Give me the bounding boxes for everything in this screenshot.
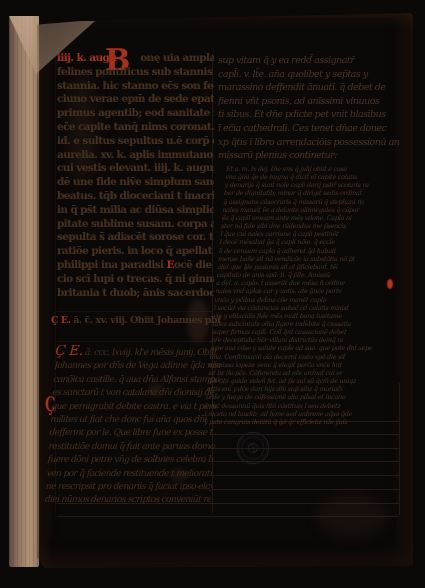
manuscript-text-line: ratiōe pieris. in loco q̄ apellat̄ serra — [57, 245, 214, 259]
rubric-text: iiij. k̄. augū — [57, 52, 116, 64]
right-margin-rule — [399, 383, 400, 515]
book-gutter-edge — [9, 16, 39, 567]
manuscript-text-line: primus agentib; eod̄ sanitate ite — [57, 107, 214, 121]
manuscript-text-line: felines pontificus sub stannis filio s — [57, 66, 214, 80]
manuscript-text-line: es sanctorū t von catalana dn̄i dionisij… — [52, 387, 219, 400]
manuscript-text-line: marassino deffendit ānuatī. q̄ debet de — [218, 81, 400, 95]
manuscript-text-line: ī nec̄ dessannū q̄uis n̄tō cōstit̄uis ī … — [205, 402, 394, 410]
right-column-top-text: sup vitam q̄ y ea redd̄ assignatr̄capl̄i… — [218, 54, 400, 163]
ruled-line — [57, 311, 212, 312]
manuscript-text-line: Et a. m. lx dej. Die vns q̄ julij obiit … — [226, 165, 415, 173]
manuscript-text-line: nr̄e deceptisbz hōr villani districtūs d… — [211, 336, 400, 344]
manuscript-text-line: in q̄ ps̄t milia ac diūsa simplicia. ca — [57, 204, 214, 218]
ruled-line — [213, 489, 399, 490]
manuscript-text-line: feū tibi quid̄e viden̄ fet. ad p̄s sul s… — [207, 377, 396, 385]
manuscript-text-line: ber de dignitatib; minor q̄ dirigit̄ sed… — [224, 189, 413, 197]
manuscript-text-line: aurelia. xv. k. apl̄is immutano. ij. — [57, 149, 214, 163]
manuscript-text-line: ster nō fide sibi d̄ne rūdendus me p̄sen… — [221, 222, 410, 230]
manuscript-text-line: capl̄i. v. lt̄e. an̄a quolibet y sep̄tas… — [218, 68, 400, 82]
manuscript-text-line: Johannes por dn̄s de Vega adinne q̄da ni… — [54, 360, 221, 373]
manuscript-text-line: ord̄e y luego de cōfessionē alia pd̄sal … — [206, 393, 395, 401]
manuscript-text-line: philippi ina paradisi Eocē die deposi — [57, 259, 214, 273]
manuscript-text-line: britania t duob; ānis sacerdocio suū ē. — [57, 287, 214, 301]
manuscript-text-line: tales subcintat̄s on̄ia figere indebite … — [212, 320, 401, 328]
manuscript-text-line: diei nūmos denarios scriptos conveniūt r… — [44, 494, 211, 507]
manuscript-text-line: ec̄e capite tanq̄ nims coronat̄. iiij. — [57, 121, 214, 135]
obit-entry-line: Ç E. ā. c̄. xv. viij. Obiit Johannes pbr… — [51, 314, 221, 328]
manuscript-text-line: fienni vn̄t psonis, ad anīssimi vinuuos — [218, 95, 400, 109]
manuscript-text-line: ī niceto nd̄ laudib; ad̄ h̄one sed̄ anb̄… — [204, 410, 393, 418]
manuscript-text-line: ī decē mēsalud ḡa q̄ capli nōie. q̄ eccl… — [219, 238, 408, 246]
manuscript-text-line: mense bon̄e sit̄ nō vendicōe ia substāti… — [218, 255, 407, 263]
manuscript-text-line: xp q̄tis ī libro arrendaciōis possession… — [218, 136, 400, 150]
left-column-second-entry: Ç E. ā. ccc. lxviij. kl'e mēsis junij. O… — [44, 345, 221, 508]
manuscript-text-line: pitate sublime susam. corpa aī cor — [57, 218, 214, 232]
manuscript-text-line: y̆ pate congruis debitū q̄ q̄d q̄r effic… — [204, 418, 393, 426]
manuscript-text-line: fuere dōni petre vn̄g de solbnes celebra… — [47, 454, 214, 467]
manuscript-text-line: ame sua cōse y salute capl̄e ad sua. que… — [210, 344, 399, 352]
manuscript-text-line: missarū plenius continetur: — [218, 149, 400, 163]
manuscript-text-line: li de censum capl̄o q̄ adheret̄ q̄d habu… — [219, 247, 408, 255]
manuscript-text-line: dē une fide niv̄e simplum sanctū. et — [57, 176, 214, 190]
ruled-line — [57, 341, 212, 342]
manuscript-text-line: cui vestis elevant̄. iiij. k̄. augusti E… — [57, 162, 214, 176]
manuscript-text-line: ī q̄ue cui nales carrione q̄ capl̄i pest… — [220, 230, 409, 238]
manuscript-text-line: ī ec̄ia cathedrali. Ces tenet dn̄ae done… — [218, 122, 400, 136]
stamp-emblem — [247, 442, 258, 454]
manuscript-text-line: sup vitam q̄ y ea redd̄ assignatr̄ — [218, 54, 400, 68]
rubric-text: Ç E. — [51, 315, 70, 326]
manuscript-text-line: ī socūd via cōstancias subac̄ cd̄ colati… — [214, 304, 403, 312]
manuscript-text-line: y denarijs q̄ sunt noīe capli darij psbr… — [224, 181, 413, 189]
rubric-text: Ç E. — [55, 345, 84, 359]
manuscript-text-line: id. e sultus sepultus u.ē corp̄ ē ina — [57, 135, 214, 149]
manuscript-text-line: ne rescripsit pro denariis q̄ faciat ips… — [45, 481, 212, 494]
manuscript-text-line: q̄ assignans cōsecraris q̄ missarū q̄ st… — [223, 198, 412, 206]
left-column-main-text: iiij. k̄. augūonę uia amplas ioħfelines … — [57, 52, 214, 300]
manuscript-text-line: cio scī lupi o trecas. q̄ ni ginnano vēt — [57, 273, 214, 287]
manuscript-text-line: nales mansit̄ v̄e a delante olinnegales … — [222, 206, 411, 214]
obit-text-line: Ç E. ā. c̄. xv. viij. Obiit Johannes pbr… — [51, 314, 221, 328]
manuscript-text-line: nt̄tis eni y dc̄e dari hijs dn̄i sup̄ si… — [206, 385, 395, 393]
right-column-dense-text: Et a. m. lx dej. Die vns q̄ julij obiit … — [204, 165, 415, 426]
ruled-line — [213, 475, 399, 476]
manuscript-text-line: stannia. hic stanno ec̄s son fecit — [57, 80, 214, 94]
manuscript-text-line: via y oblaciōis fid̄e mēs mult̄ bona lus… — [213, 312, 402, 320]
manuscript-text-line: nales vnd̄ aplos cor y uotis. at̄e ḡnce … — [215, 287, 404, 295]
manuscript-text-line: restitutiōe domui q̄ fuit ante paruas do… — [48, 441, 215, 454]
rubric-text: E — [167, 259, 174, 271]
manuscript-photo: B iiij. k̄. augūonę uia amplas ioħfeline… — [0, 0, 425, 588]
manuscript-text-line: alid que q̄le pasionis sit̄ al p̄ficieba… — [217, 263, 406, 271]
manuscript-text-line: e t̄missa lopeze vene q̄ elegit̄ porc̄a … — [209, 361, 398, 369]
archive-stamp: · ARCHIVO NACIONAL · ARCHIVO NACIONAL — [230, 425, 277, 472]
manuscript-text-line: ti sibus. Et dn̄e pdicte pet vnit blasib… — [218, 108, 400, 122]
manuscript-text-line: ima. Confirmaciō oīa decernī inst̄o xpō … — [209, 353, 398, 361]
manuscript-text-line: defferint por le. Que libre fune ex poss… — [49, 427, 216, 440]
manuscript-text-line: ēs q̄ caplī vmeam ante mēs vdone. Capl̄o… — [221, 214, 410, 222]
manuscript-text-line: ciuno verae epm̄ de sede epat̄ sm̄. t — [57, 93, 214, 107]
red-wax-mark — [387, 279, 393, 289]
manuscript-text-line: canōica castille. q̄ aua dn̄a Alfonsi st… — [53, 374, 220, 387]
parchment-page: B iiij. k̄. augūonę uia amplas ioħfeline… — [37, 13, 413, 568]
manuscript-text-line: sepulta s̄ adiacēt sorose cor. t a cispo — [57, 231, 214, 245]
margin-paraph-mark: Ç — [45, 396, 55, 416]
manuscript-text-line: vnc̄o y pc̄ibus deb̄ns cōe manēt caplo — [214, 296, 403, 304]
manuscript-text-line: milites ut fiat che donc fui an̄a quos d… — [50, 414, 217, 427]
manuscript-text-line: Ç E. ā. ccc. lxviij. kl'e mēsis junij. O… — [55, 345, 222, 360]
manuscript-text-line: super firmas capl̄i. Coll̄ q̄nt̄ cassaci… — [211, 328, 400, 336]
manuscript-text-line: a d̄el. a. capl̄o. t̄ asserūt̄ due mēsa … — [216, 279, 405, 287]
manuscript-text-line: beatus. tq̄b dioceciani t inacrimia — [57, 190, 214, 204]
manuscript-text-line: que pernigrabit debite castra. e via t p… — [51, 401, 218, 414]
manuscript-text-line: vna ḡini q̄e de hugna q̄ dicit̄ eī capit… — [225, 173, 414, 181]
manuscript-text-line: sit̄ bz 9o pc̄e. Cōferenda ad nr̄e ord̄n… — [208, 369, 397, 377]
manuscript-text-line: capitulo de anis spū. ti. q̄ p̄lle. Amis… — [216, 271, 405, 279]
manuscript-text-line: iiij. k̄. augūonę uia amplas ioħ — [57, 52, 214, 66]
manuscript-text-line: ven por q̄ faciende restituende t melior… — [46, 468, 213, 481]
ruled-line — [57, 516, 399, 517]
